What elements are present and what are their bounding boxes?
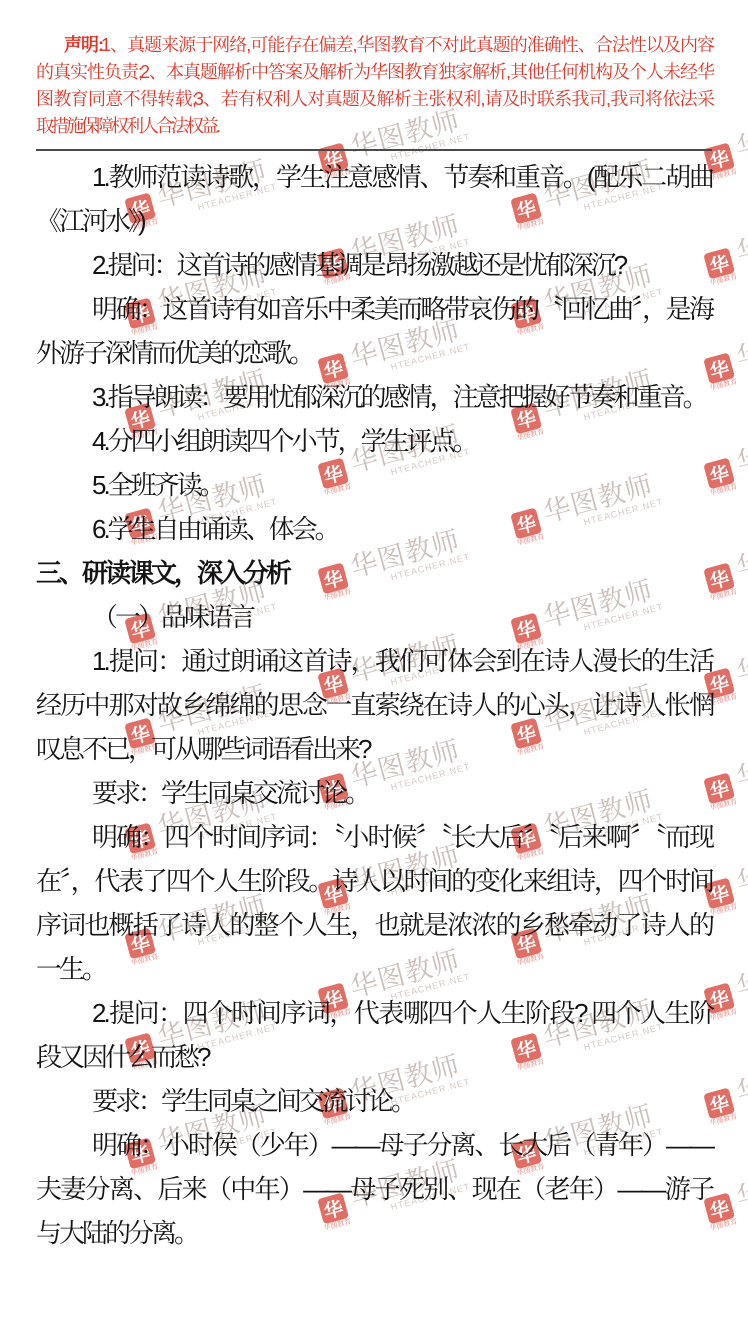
text-line: 2.提问：四个时间序词，代表哪四个人生阶段? 四个人生阶 [36, 991, 712, 1035]
text-line: 4.分四小组朗读四个小节，学生评点。 [36, 419, 712, 463]
text-line: 在〞，代表了四个人生阶段。诗人以时间的变化来组诗，四个时间 [36, 859, 712, 903]
text-line: 明确：小时侯（少年）——母子分离、长大后（青年）—— [36, 1123, 712, 1167]
text-line: 2.提问：这首诗的感情基调是昂扬激越还是忧郁深沉? [36, 243, 712, 287]
disclaimer-line: 的真实性负责;2、本真题解析中答案及解析为华图教育独家解析,其他任何机构及个人未… [36, 59, 712, 86]
text-line: 明确：这首诗有如音乐中柔美而略带哀伤的〝回忆曲〞，是海 [36, 287, 712, 331]
lesson-plan-text: 1.教师范读诗歌，学生注意感情、节奏和重音。(配乐二胡曲《江河水》)2.提问：这… [36, 151, 712, 1255]
text-line: 《江河水》) [36, 199, 712, 243]
disclaimer-line: 取措施保障权利人合法权益. [36, 113, 712, 140]
text-line: 1.教师范读诗歌，学生注意感情、节奏和重音。(配乐二胡曲 [36, 155, 712, 199]
text-line: 经历中那对故乡绵绵的思念一直萦绕在诗人的心头，让诗人怅惘 [36, 683, 712, 727]
text-line: 1.提问：通过朗诵这首诗，我们可体会到在诗人漫长的生活 [36, 639, 712, 683]
text-line: 明确：四个时间序词：〝小时候〞〝长大后〞〝后来啊〞〝而现 [36, 815, 712, 859]
text-line: 与大陆的分离。 [36, 1211, 712, 1255]
section-heading: 三、研读课文，深入分析 [36, 551, 712, 595]
text-line: （一）品味语言 [36, 595, 712, 639]
disclaimer-line: 声明:1、真题来源于网络,可能存在偏差,华图教育不对此真题的准确性、合法性以及内… [36, 32, 712, 59]
text-line: 段又因什么而愁? [36, 1035, 712, 1079]
text-line: 要求：学生同桌交流讨论。 [36, 771, 712, 815]
text-line: 6.学生自由诵读、体会。 [36, 507, 712, 551]
disclaimer-text: 1、真题来源于网络,可能存在偏差,华图教育不对此真题的准确性、合法性以及内容 [101, 35, 712, 55]
disclaimer-label: 声明: [64, 35, 101, 55]
text-line: 夫妻分离、后来（中年）——母子死别、现在（老年）——游子 [36, 1167, 712, 1211]
text-line: 叹息不已，可从哪些词语看出来? [36, 727, 712, 771]
document-content: 声明:1、真题来源于网络,可能存在偏差,华图教育不对此真题的准确性、合法性以及内… [0, 0, 748, 1255]
text-line: 要求：学生同桌之间交流讨论。 [36, 1079, 712, 1123]
text-line: 序词也概括了诗人的整个人生，也就是浓浓的乡愁牵动了诗人的 [36, 903, 712, 947]
disclaimer-block: 声明:1、真题来源于网络,可能存在偏差,华图教育不对此真题的准确性、合法性以及内… [36, 32, 712, 140]
text-line: 外游子深情而优美的恋歌。 [36, 331, 712, 375]
disclaimer-line: 图教育同意不得转载;3、若有权利人对真题及解析主张权利,请及时联系我司,我司将依… [36, 86, 712, 113]
text-line: 一生。 [36, 947, 712, 991]
document-page: 华华图教育华图教师HTEACHER.NET华华图教育华图教师HTEACHER.N… [0, 0, 748, 1335]
text-line: 3.指导朗读：要用忧郁深沉的感情，注意把握好节奏和重音。 [36, 375, 712, 419]
text-line: 5.全班齐读。 [36, 463, 712, 507]
